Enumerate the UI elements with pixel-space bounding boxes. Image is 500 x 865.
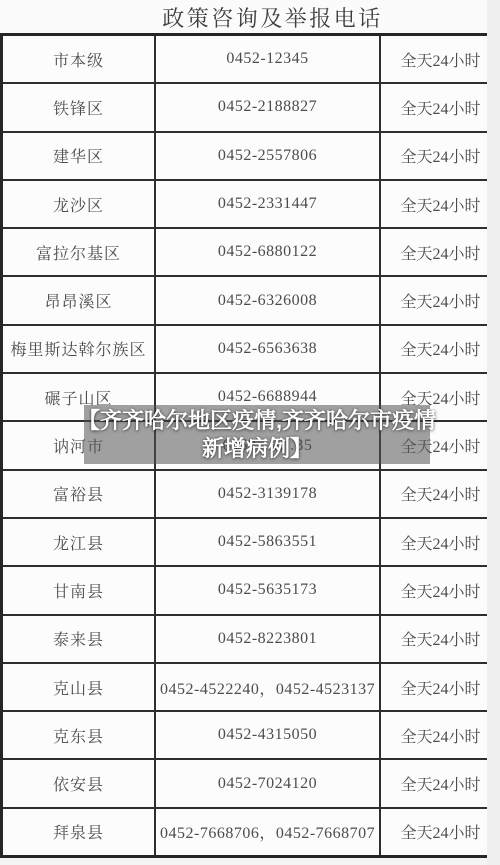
table-row: 克山县 0452-4522240，0452-4523137 全天24小时 xyxy=(2,663,500,711)
table-row: 克东县 0452-4315050 全天24小时 xyxy=(2,711,500,759)
table-row: 富裕县 0452-3139178 全天24小时 xyxy=(2,470,500,518)
table-row: 龙沙区 0452-2331447 全天24小时 xyxy=(2,180,500,228)
region-cell: 克东县 xyxy=(2,711,156,759)
region-cell: 富拉尔基区 xyxy=(2,228,156,276)
region-cell: 龙沙区 xyxy=(2,180,156,228)
table-row: 昂昂溪区 0452-6326008 全天24小时 xyxy=(2,276,500,324)
table-row: 梅里斯达斡尔族区 0452-6563638 全天24小时 xyxy=(2,325,500,373)
phone-cell: 0452-3139178 xyxy=(155,470,380,518)
phone-cell: 0452-5635173 xyxy=(155,566,380,614)
hours-cell: 全天24小时 xyxy=(380,180,500,228)
table-row: 拜泉县 0452-7668706，0452-7668707 全天24小时 xyxy=(2,808,500,857)
phone-cell: 0452-2557806 xyxy=(155,132,380,180)
table-row: 甘南县 0452-5635173 全天24小时 xyxy=(2,566,500,614)
hours-cell: 全天24小时 xyxy=(380,808,500,857)
phone-cell: 0452-8223801 xyxy=(155,615,380,663)
phone-cell: 0452-4522240，0452-4523137 xyxy=(155,663,380,711)
table-row: 富拉尔基区 0452-6880122 全天24小时 xyxy=(2,228,500,276)
phone-cell: 0452-4315050 xyxy=(155,711,380,759)
page-title: 政策咨询及举报电话 xyxy=(0,2,487,33)
hours-cell: 全天24小时 xyxy=(380,663,500,711)
table-row: 铁锋区 0452-2188827 全天24小时 xyxy=(2,83,500,131)
table-row: 龙江县 0452-5863551 全天24小时 xyxy=(2,518,500,566)
region-cell: 拜泉县 xyxy=(2,808,156,857)
table-row: 泰来县 0452-8223801 全天24小时 xyxy=(2,615,500,663)
hours-cell: 全天24小时 xyxy=(380,325,500,373)
region-cell: 克山县 xyxy=(2,663,156,711)
phone-cell: 0452-6880122 xyxy=(155,228,380,276)
hours-cell: 全天24小时 xyxy=(380,132,500,180)
phone-cell: 0452-2331447 xyxy=(155,180,380,228)
caption-line-2: 新增病例】 xyxy=(202,435,312,463)
hours-cell: 全天24小时 xyxy=(380,566,500,614)
region-cell: 甘南县 xyxy=(2,566,156,614)
caption-line-1: 【齐齐哈尔地区疫情,齐齐哈尔市疫情 xyxy=(78,407,436,435)
region-cell: 市本级 xyxy=(2,35,156,84)
region-cell: 依安县 xyxy=(2,759,156,807)
region-cell: 泰来县 xyxy=(2,615,156,663)
phone-cell: 0452-2188827 xyxy=(155,83,380,131)
hours-cell: 全天24小时 xyxy=(380,470,500,518)
phone-cell: 0452-12345 xyxy=(155,35,380,84)
region-cell: 建华区 xyxy=(2,132,156,180)
hours-cell: 全天24小时 xyxy=(380,228,500,276)
phone-cell: 0452-7024120 xyxy=(155,759,380,807)
phone-cell: 0452-7668706，0452-7668707 xyxy=(155,808,380,857)
phone-cell: 0452-6563638 xyxy=(155,325,380,373)
hours-cell: 全天24小时 xyxy=(380,83,500,131)
hours-cell: 全天24小时 xyxy=(380,35,500,84)
table-row: 市本级 0452-12345 全天24小时 xyxy=(2,35,500,84)
region-cell: 梅里斯达斡尔族区 xyxy=(2,325,156,373)
region-cell: 昂昂溪区 xyxy=(2,276,156,324)
hours-cell: 全天24小时 xyxy=(380,711,500,759)
region-cell: 龙江县 xyxy=(2,518,156,566)
region-cell: 铁锋区 xyxy=(2,83,156,131)
hours-cell: 全天24小时 xyxy=(380,759,500,807)
table-row: 依安县 0452-7024120 全天24小时 xyxy=(2,759,500,807)
hours-cell: 全天24小时 xyxy=(380,615,500,663)
caption-overlay: 【齐齐哈尔地区疫情,齐齐哈尔市疫情 新增病例】 xyxy=(84,405,430,464)
region-cell: 富裕县 xyxy=(2,470,156,518)
right-margin xyxy=(487,0,500,865)
phone-cell: 0452-6326008 xyxy=(155,276,380,324)
hours-cell: 全天24小时 xyxy=(380,276,500,324)
phone-cell: 0452-5863551 xyxy=(155,518,380,566)
hours-cell: 全天24小时 xyxy=(380,518,500,566)
table-row: 建华区 0452-2557806 全天24小时 xyxy=(2,132,500,180)
